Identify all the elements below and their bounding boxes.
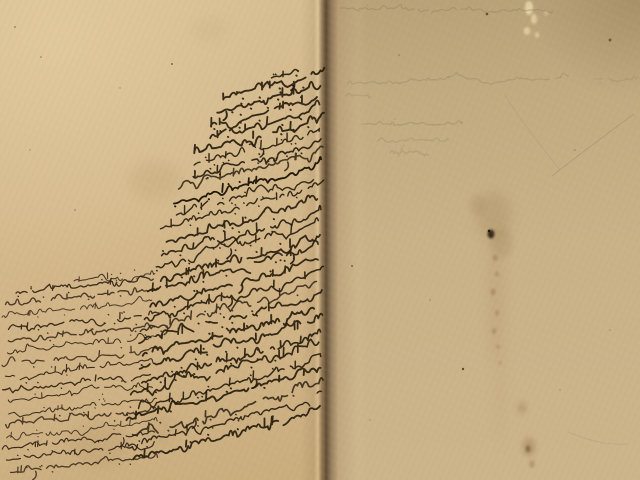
- stain-mark: [535, 32, 540, 38]
- stain-mark: [525, 1, 533, 15]
- manuscript-scan: [0, 0, 640, 480]
- stain-mark: [494, 230, 506, 450]
- scratch-hairline: [568, 432, 628, 444]
- stain-mark: [526, 446, 531, 453]
- dust-speck: [119, 87, 120, 88]
- dust-speck: [14, 26, 16, 28]
- ink-layer: [2, 5, 638, 480]
- dust-speck: [462, 368, 464, 370]
- stain-mark: [492, 255, 497, 261]
- stain-mark: [492, 328, 497, 334]
- dust-speck: [609, 39, 612, 42]
- dust-speck: [398, 54, 400, 56]
- stain-mark: [529, 460, 535, 468]
- stain-mark: [470, 195, 486, 215]
- dust-speck: [609, 329, 611, 331]
- dust-speck: [171, 63, 173, 65]
- stain-mark: [490, 288, 495, 295]
- dust-speck: [29, 149, 30, 150]
- dust-speck: [486, 13, 489, 16]
- dust-specks-layer: [14, 13, 611, 421]
- dust-speck: [559, 389, 560, 390]
- dust-speck: [74, 209, 76, 211]
- stain-mark: [129, 160, 181, 200]
- stain-mark: [496, 345, 500, 350]
- handwriting-layer: [0, 0, 640, 480]
- dust-speck: [369, 419, 370, 420]
- dust-speck: [351, 265, 353, 267]
- dust-speck: [40, 56, 42, 58]
- scratch-hairline: [552, 114, 634, 176]
- stain-mark: [146, 414, 174, 446]
- stain-mark: [531, 14, 537, 24]
- stain-mark: [192, 18, 228, 42]
- dust-speck: [429, 299, 430, 300]
- stain-mark: [524, 27, 531, 35]
- stain-mark: [518, 402, 526, 414]
- stain-mark: [488, 230, 490, 233]
- scratch-hairline: [505, 95, 560, 170]
- dust-speck: [574, 149, 576, 151]
- stain-mark: [495, 271, 499, 276]
- dust-speck: [204, 237, 206, 239]
- stain-mark: [499, 361, 502, 365]
- stain-mark: [495, 310, 499, 316]
